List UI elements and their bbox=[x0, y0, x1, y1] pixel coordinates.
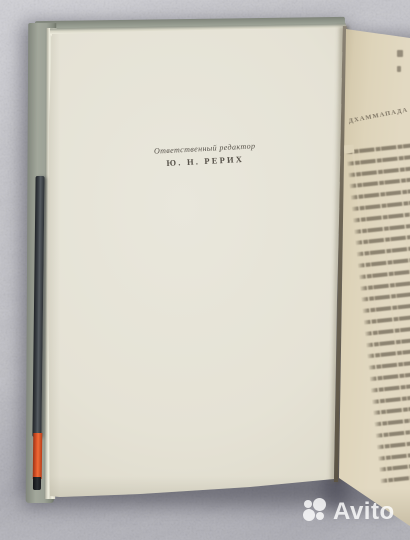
avito-logo-icon bbox=[303, 498, 330, 525]
chapter-heading-fragment: ДХАММАПАДА И БУД bbox=[348, 101, 410, 125]
avito-watermark: Avito bbox=[303, 498, 395, 525]
pen-orange-segment bbox=[33, 433, 43, 479]
right-page: ДХАММАПАДА И БУД bbox=[336, 26, 410, 528]
editor-credit: Ответственный редактор Ю. Н. РЕРИХ bbox=[104, 139, 307, 172]
cropped-header-marks bbox=[397, 50, 407, 76]
avito-wordmark: Avito bbox=[333, 500, 395, 524]
illegible-body-text-block bbox=[345, 140, 410, 488]
photo-of-open-book: Ответственный редактор Ю. Н. РЕРИХ ДХАММ… bbox=[0, 0, 410, 540]
left-page: Ответственный редактор Ю. Н. РЕРИХ bbox=[46, 24, 348, 502]
paragraph-indent bbox=[344, 144, 355, 153]
pen-tip bbox=[33, 477, 41, 490]
